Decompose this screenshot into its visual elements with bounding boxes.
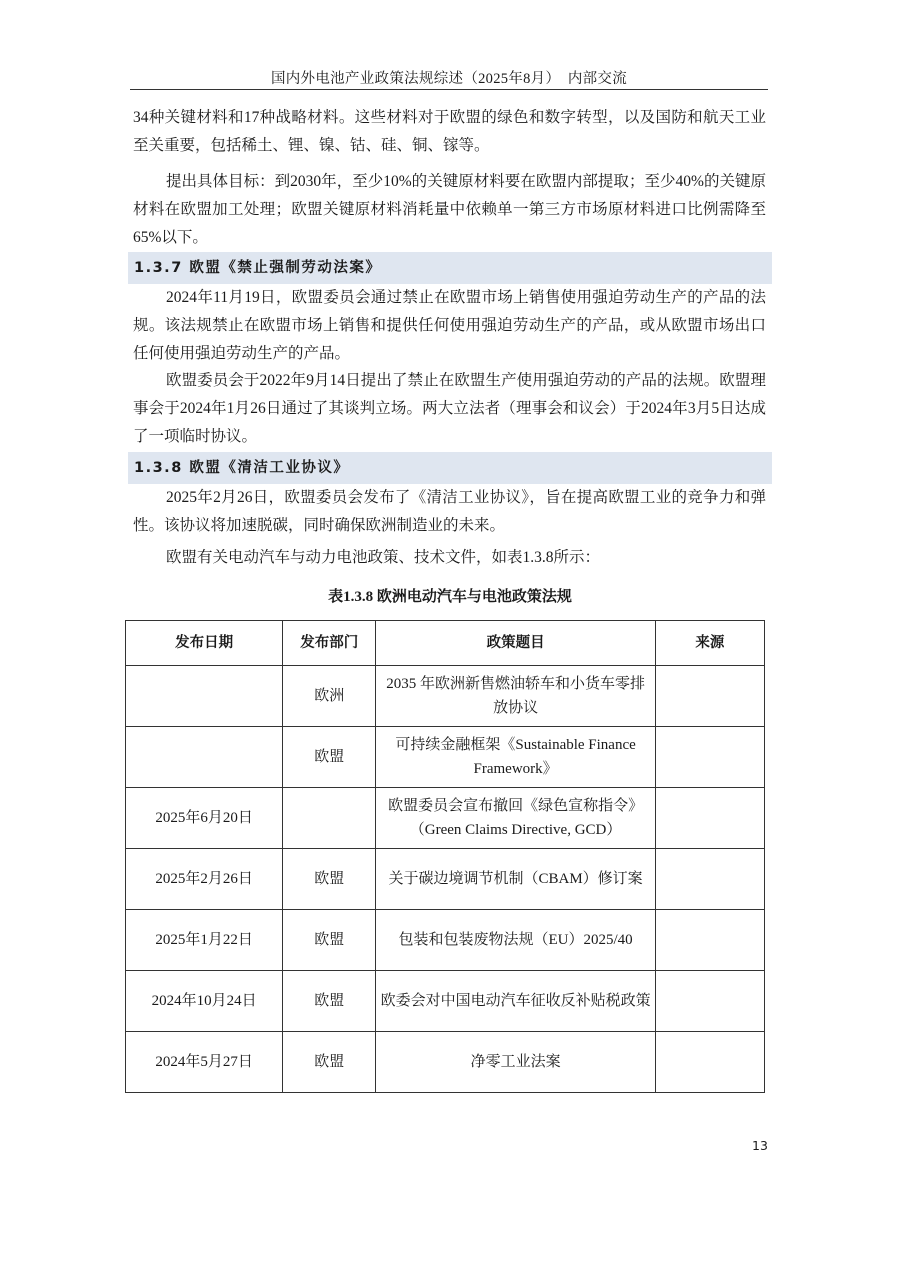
table-row: 欧盟 可持续金融框架《Sustainable Finance Framework… — [126, 727, 765, 788]
table-row: 2025年1月22日 欧盟 包装和包装废物法规（EU）2025/40 — [126, 910, 765, 971]
cell-title: 欧盟委员会宣布撤回《绿色宣称指令》（Green Claims Directive… — [376, 788, 655, 849]
body-paragraph: 欧盟有关电动汽车与动力电池政策、技术文件，如表1.3.8所示： — [133, 544, 766, 572]
table-header-row: 发布日期 发布部门 政策题目 来源 — [126, 621, 765, 666]
table-row: 2024年5月27日 欧盟 净零工业法案 — [126, 1032, 765, 1093]
cell-date: 2025年1月22日 — [126, 910, 283, 971]
table-row: 2025年2月26日 欧盟 关于碳边境调节机制（CBAM）修订案 — [126, 849, 765, 910]
running-header: 国内外电池产业政策法规综述（2025年8月） 内部交流 — [130, 67, 768, 88]
cell-source — [655, 849, 764, 910]
cell-department: 欧盟 — [283, 971, 376, 1032]
cell-department: 欧盟 — [283, 1032, 376, 1093]
cell-title: 2035 年欧洲新售燃油轿车和小货车零排放协议 — [376, 666, 655, 727]
cell-department: 欧盟 — [283, 849, 376, 910]
cell-date: 2024年10月24日 — [126, 971, 283, 1032]
cell-date: 2024年5月27日 — [126, 1032, 283, 1093]
cell-source — [655, 1032, 764, 1093]
section-heading-1-3-7: 1.3.7 欧盟《禁止强制劳动法案》 — [128, 252, 772, 284]
column-header-title: 政策题目 — [376, 621, 655, 666]
table-row: 欧洲 2035 年欧洲新售燃油轿车和小货车零排放协议 — [126, 666, 765, 727]
cell-source — [655, 666, 764, 727]
cell-department — [283, 788, 376, 849]
cell-date: 2025年6月20日 — [126, 788, 283, 849]
body-paragraph: 提出具体目标：到2030年，至少10%的关键原材料要在欧盟内部提取；至少40%的… — [133, 168, 766, 252]
policy-table: 发布日期 发布部门 政策题目 来源 欧洲 2035 年欧洲新售燃油轿车和小货车零… — [125, 620, 765, 1093]
page-number: 13 — [752, 1138, 768, 1153]
cell-date — [126, 666, 283, 727]
column-header-date: 发布日期 — [126, 621, 283, 666]
cell-title: 关于碳边境调节机制（CBAM）修订案 — [376, 849, 655, 910]
cell-source — [655, 727, 764, 788]
section-heading-1-3-8: 1.3.8 欧盟《清洁工业协议》 — [128, 452, 772, 484]
body-paragraph: 2025年2月26日，欧盟委员会发布了《清洁工业协议》，旨在提高欧盟工业的竞争力… — [133, 484, 766, 540]
cell-title: 包装和包装废物法规（EU）2025/40 — [376, 910, 655, 971]
column-header-source: 来源 — [655, 621, 764, 666]
table-row: 2024年10月24日 欧盟 欧委会对中国电动汽车征收反补贴税政策 — [126, 971, 765, 1032]
cell-source — [655, 910, 764, 971]
column-header-department: 发布部门 — [283, 621, 376, 666]
body-paragraph: 34种关键材料和17种战略材料。这些材料对于欧盟的绿色和数字转型，以及国防和航天… — [133, 104, 766, 160]
table-caption: 表1.3.8 欧洲电动汽车与电池政策法规 — [130, 585, 770, 606]
cell-source — [655, 971, 764, 1032]
cell-title: 欧委会对中国电动汽车征收反补贴税政策 — [376, 971, 655, 1032]
cell-title: 可持续金融框架《Sustainable Finance Framework》 — [376, 727, 655, 788]
cell-department: 欧盟 — [283, 727, 376, 788]
body-paragraph: 欧盟委员会于2022年9月14日提出了禁止在欧盟生产使用强迫劳动的产品的法规。欧… — [133, 367, 766, 451]
cell-title: 净零工业法案 — [376, 1032, 655, 1093]
header-divider — [130, 89, 768, 90]
cell-date — [126, 727, 283, 788]
cell-date: 2025年2月26日 — [126, 849, 283, 910]
cell-department: 欧盟 — [283, 910, 376, 971]
body-paragraph: 2024年11月19日，欧盟委员会通过禁止在欧盟市场上销售使用强迫劳动生产的产品… — [133, 284, 766, 368]
table-row: 2025年6月20日 欧盟委员会宣布撤回《绿色宣称指令》（Green Claim… — [126, 788, 765, 849]
cell-department: 欧洲 — [283, 666, 376, 727]
cell-source — [655, 788, 764, 849]
